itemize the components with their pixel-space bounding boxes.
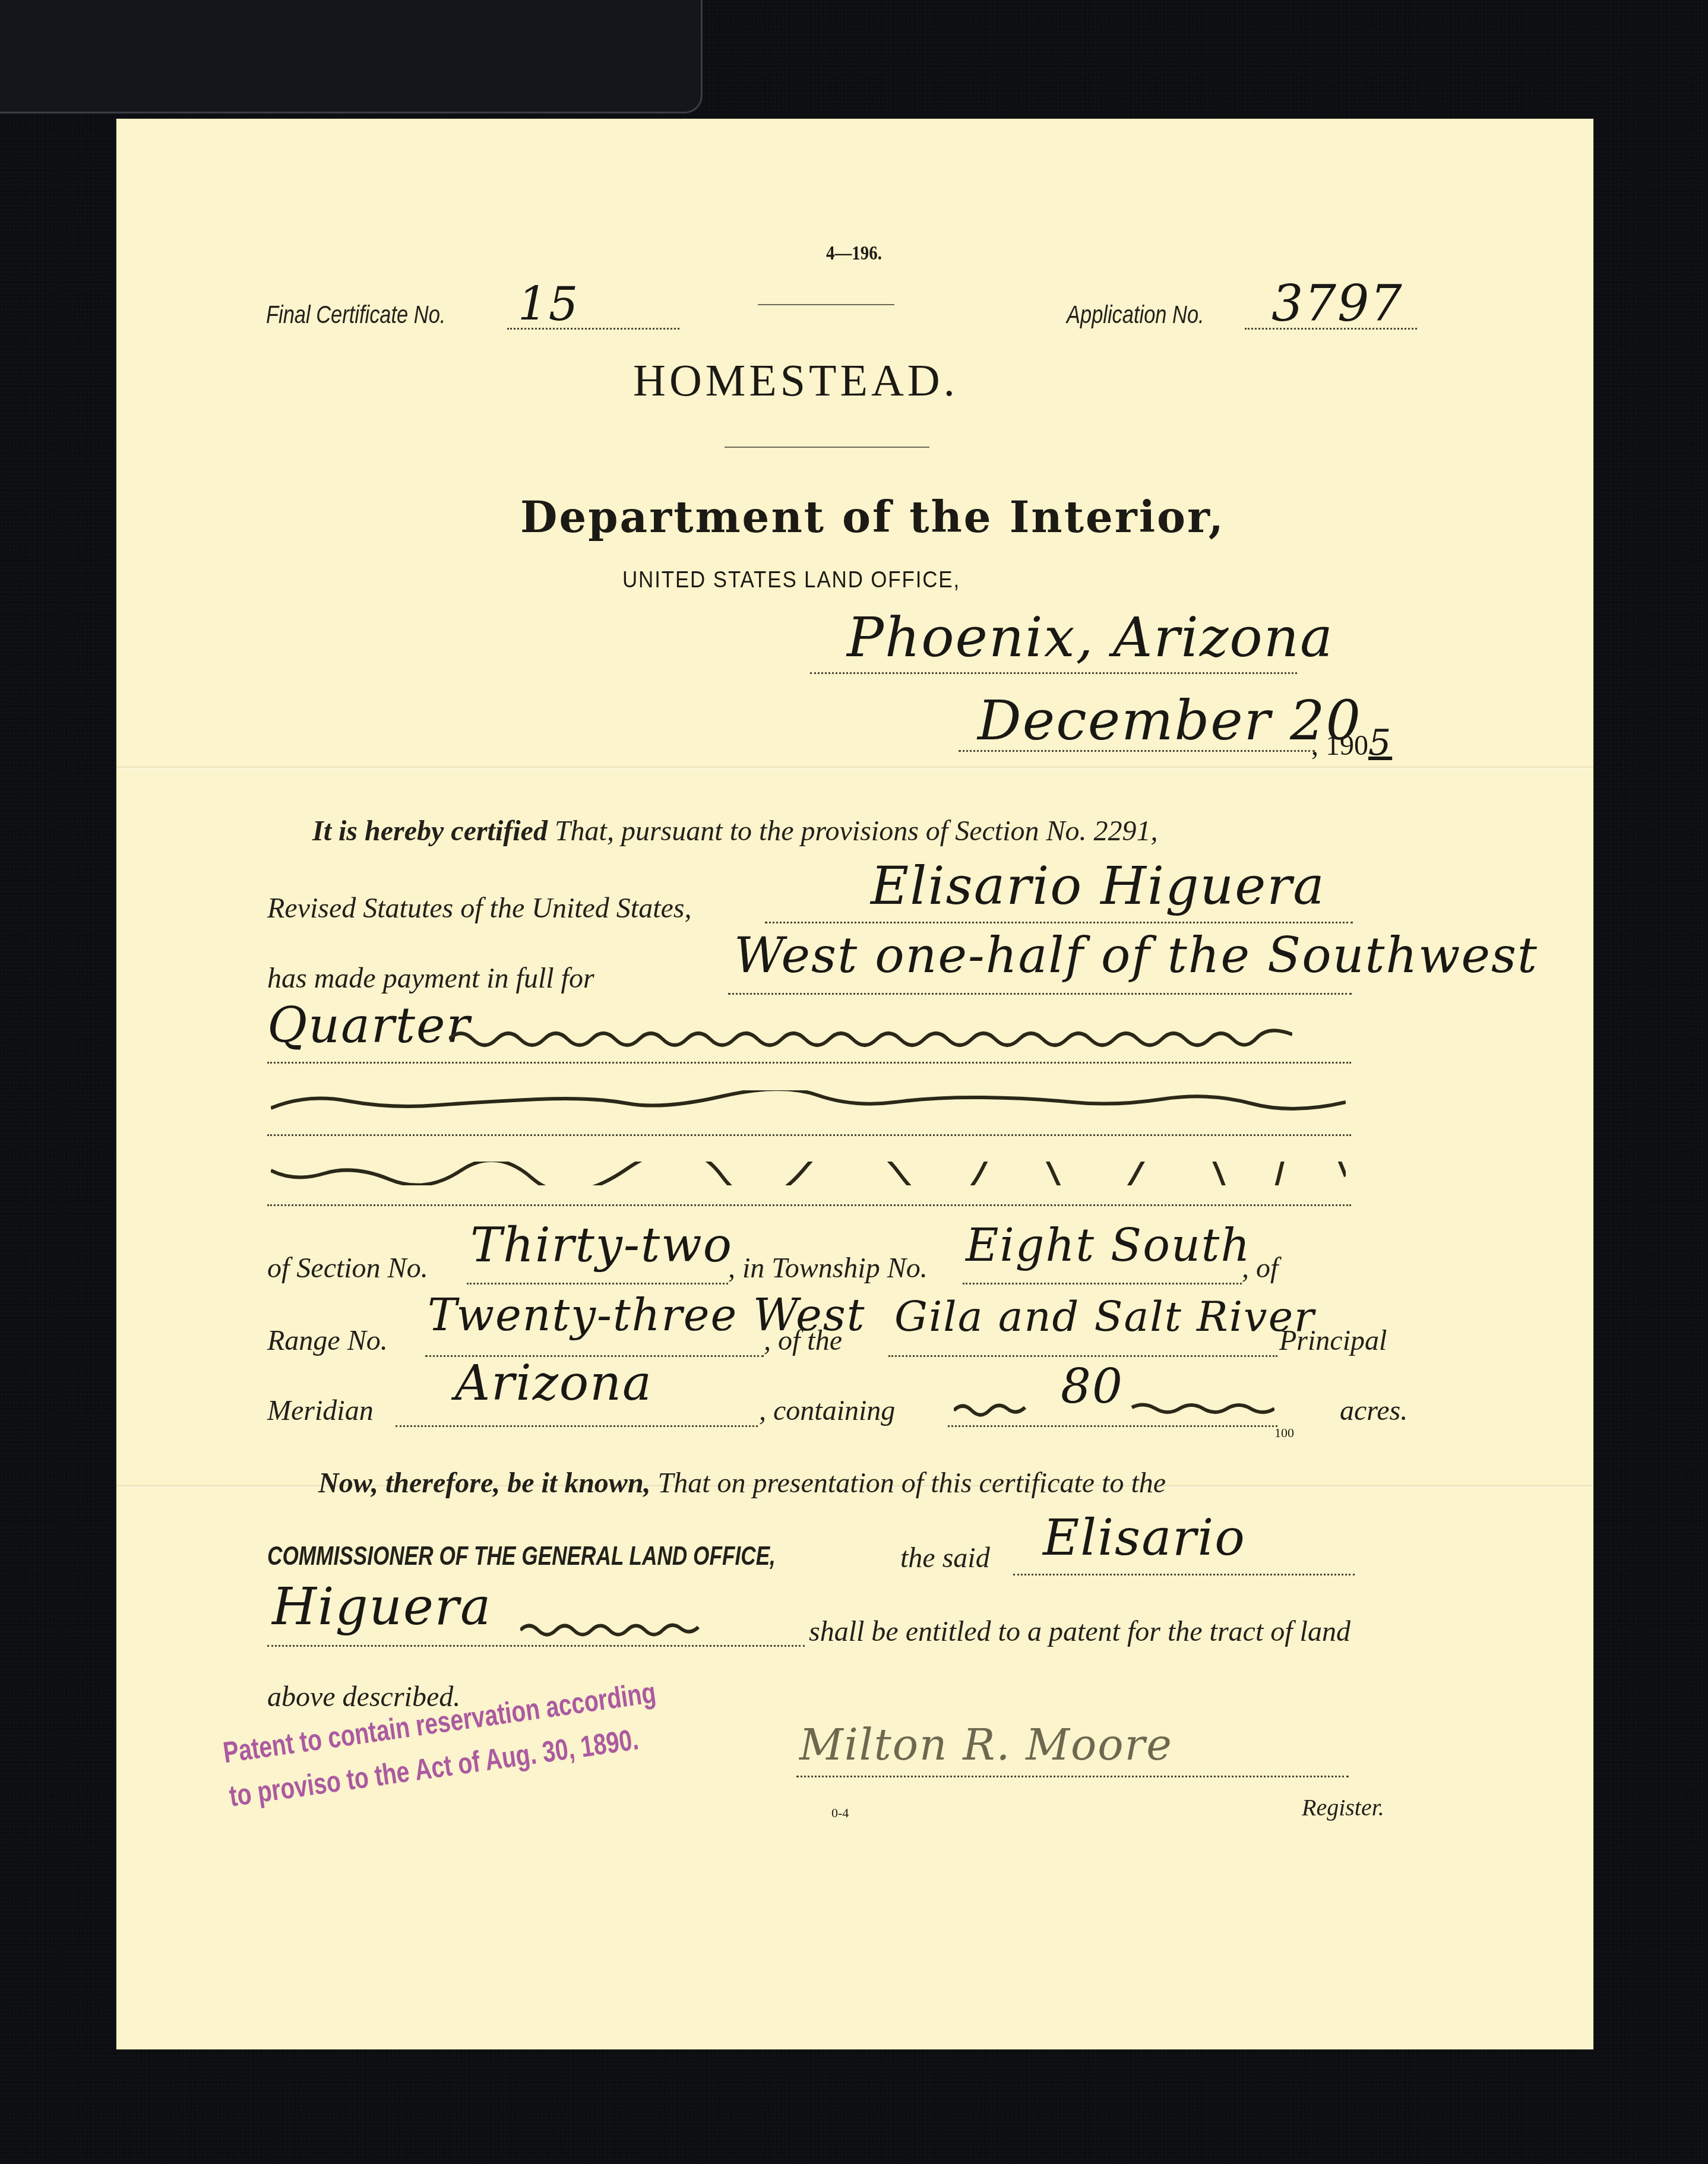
register-title: Register. — [1302, 1793, 1384, 1821]
claimant-line — [765, 922, 1353, 923]
tract-line-3 — [267, 1134, 1351, 1136]
final-certificate-label: Final Certificate No. — [266, 300, 445, 329]
land-office-heading: UNITED STATES LAND OFFICE, — [622, 568, 960, 593]
township-label: , in Township No. — [728, 1252, 928, 1285]
tract-line-1 — [728, 993, 1352, 995]
acres-fraction-denominator: 100 — [1274, 1425, 1294, 1441]
certified-text: That, pursuant to the provisions of Sect… — [555, 815, 1158, 847]
place-value: Phoenix, Arizona — [847, 606, 1334, 669]
printer-mark: 0-4 — [831, 1805, 849, 1821]
township-suffix: , of — [1242, 1252, 1278, 1285]
tract-description-2: Quarter — [267, 998, 471, 1054]
section-label: of Section No. — [267, 1252, 428, 1285]
township-value: Eight South — [966, 1219, 1251, 1271]
filler-wave-2 — [271, 1090, 1346, 1114]
tract-line-4 — [267, 1204, 1351, 1206]
application-label: Application No. — [1067, 300, 1204, 329]
fold-crease-upper — [116, 766, 1593, 770]
said-name-line-1 — [1013, 1574, 1355, 1575]
township-line — [963, 1283, 1242, 1285]
said-name-line-2 — [267, 1645, 805, 1647]
containing-label: , containing — [759, 1394, 895, 1427]
entitled-text: shall be entitled to a patent for the tr… — [809, 1615, 1350, 1648]
range-label: Range No. — [267, 1324, 388, 1357]
signature-line — [796, 1776, 1349, 1777]
binding-strip — [0, 0, 703, 113]
acres-line — [948, 1425, 1277, 1427]
tract-description-1: West one-half of the Southwest — [734, 928, 1538, 984]
said-name-first: Elisario — [1043, 1508, 1246, 1567]
meridian-value: Arizona — [455, 1355, 653, 1412]
homestead-certificate-page: 4—196. Final Certificate No. 15 Applicat… — [116, 119, 1593, 2049]
title-rule — [725, 447, 929, 448]
name-filler-wave — [520, 1615, 776, 1639]
said-name-last: Higuera — [272, 1577, 492, 1637]
filler-wave-3 — [271, 1162, 1346, 1185]
form-number: 4—196. — [826, 242, 882, 265]
revised-statutes-label: Revised Statutes of the United States, — [267, 892, 692, 925]
register-signature: Milton R. Moore — [799, 1720, 1173, 1770]
header-separator-rule — [758, 304, 894, 305]
date-year-prefix: , 190 — [1311, 730, 1368, 761]
the-said-label: the said — [900, 1542, 990, 1574]
now-therefore-lead: Now, therefore, be it known, — [318, 1467, 651, 1499]
principal-label: Principal — [1279, 1324, 1387, 1357]
acres-label: acres. — [1340, 1394, 1407, 1427]
meridian-name-line — [888, 1355, 1277, 1357]
meridian-of-label: , of the — [764, 1324, 842, 1357]
payment-label: has made payment in full for — [267, 962, 594, 995]
meridian-line — [396, 1425, 758, 1427]
meridian-label: Meridian — [267, 1394, 374, 1427]
tract-line-2 — [267, 1062, 1351, 1064]
commissioner-label: COMMISSIONER OF THE GENERAL LAND OFFICE, — [267, 1542, 776, 1571]
meridian-name: Gila and Salt River — [894, 1292, 1315, 1341]
final-certificate-value: 15 — [518, 278, 579, 331]
date-month-day: December 20 — [978, 689, 1362, 752]
claimant-name: Elisario Higuera — [871, 855, 1326, 916]
application-value: 3797 — [1271, 274, 1403, 333]
section-line — [467, 1283, 728, 1285]
document-title: HOMESTEAD. — [633, 355, 959, 407]
date-year-suffix: 5 — [1368, 722, 1392, 764]
certified-lead: It is hereby certified — [312, 815, 548, 847]
filler-wave-1 — [449, 1027, 1292, 1051]
section-value: Thirty-two — [470, 1217, 733, 1273]
acres-value: 80 — [1061, 1359, 1124, 1414]
place-line — [810, 672, 1297, 674]
now-therefore-text: That on presentation of this certificate… — [658, 1467, 1166, 1499]
department-heading: Department of the Interior, — [520, 492, 1225, 542]
